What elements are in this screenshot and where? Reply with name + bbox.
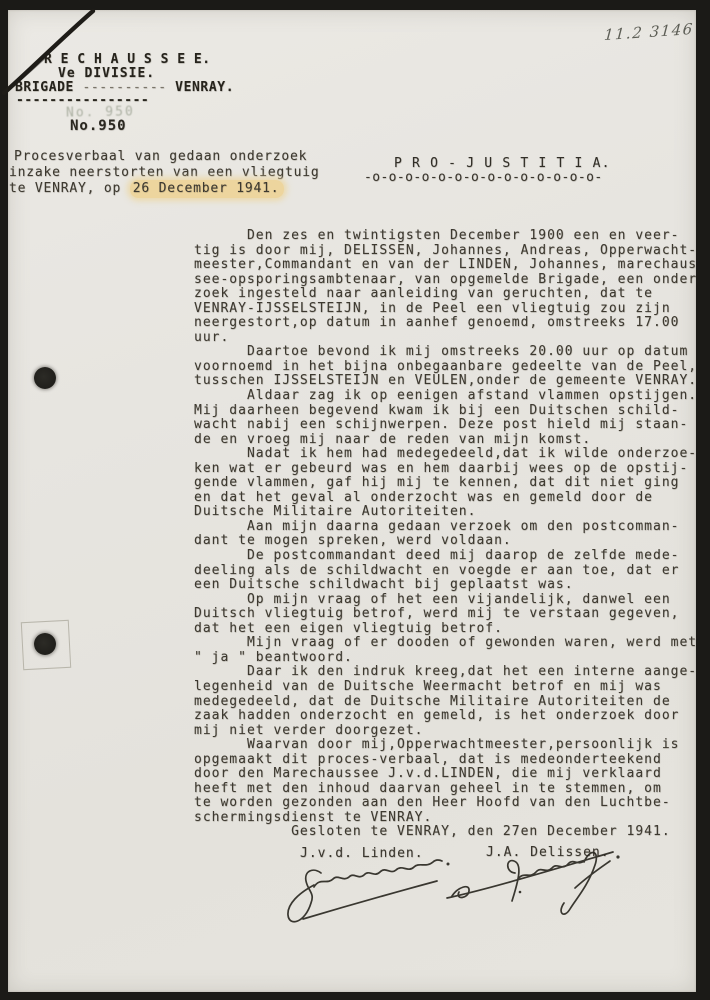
handwritten-corner-note: 11.2 3146 xyxy=(603,20,694,44)
pro-justitia-underline: -o-o-o-o-o-o-o-o-o-o-o-o-o-o- xyxy=(364,170,603,185)
subject-date-prefix: te VENRAY, op xyxy=(9,181,130,196)
subject-line-3: te VENRAY, op 26 December 1941. xyxy=(9,181,284,196)
subject-line-2: inzake neerstorten van een vliegtuig xyxy=(9,165,320,180)
pro-justitia-title: P R O - J U S T I T I A. xyxy=(394,156,611,171)
subject-line-1: Procesverbaal van gedaan onderzoek xyxy=(14,149,307,164)
scanned-document: R E C H A U S S E E. Ve DIVISIE. BRIGADE… xyxy=(0,0,710,1000)
punch-hole-bottom xyxy=(34,633,56,655)
signature-name-linden: J.v.d. Linden. xyxy=(300,846,424,861)
signature-name-delissen: J.A. Delissen. xyxy=(486,845,610,860)
header-org-line: R E C H A U S S E E. xyxy=(44,52,211,67)
report-body-text: Den zes en twintigsten December 1900 een… xyxy=(194,229,697,840)
brigade-place: VENRAY. xyxy=(175,80,234,95)
highlighted-date: 26 December 1941. xyxy=(130,180,285,198)
header-division-line: Ve DIVISIE. xyxy=(58,66,155,81)
document-page: R E C H A U S S E E. Ve DIVISIE. BRIGADE… xyxy=(8,10,696,992)
punch-hole-top xyxy=(34,367,56,389)
document-number: No.950 xyxy=(70,118,127,134)
